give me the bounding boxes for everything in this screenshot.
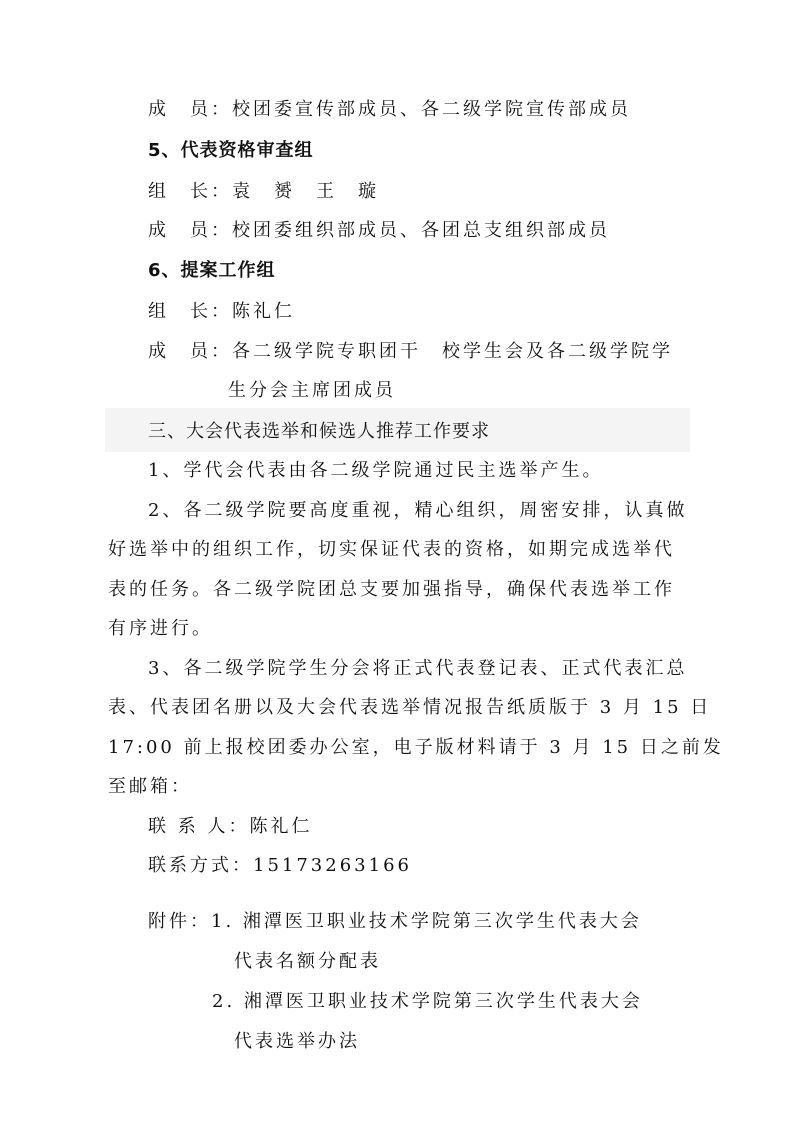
group5-members-line: 成 员：校团委组织部成员、各团总支组织部成员	[148, 219, 610, 243]
requirement-3-line-4: 至邮箱：	[108, 775, 192, 799]
attachment-2-line-1: 2. 湘潭医卫职业技术学院第三次学生代表大会	[212, 990, 643, 1014]
propaganda-members-line: 成 员：校团委宣传部成员、各二级学院宣传部成员	[148, 98, 631, 122]
contact-person: 联 系 人：陈礼仁	[148, 815, 312, 839]
group6-leader-line: 组 长：陈礼仁	[148, 300, 295, 324]
group5-title: 5、代表资格审查组	[148, 139, 314, 163]
attachment-1-line-2: 代表名额分配表	[234, 950, 381, 974]
requirement-3-line-3: 17:00 前上报校团委办公室，电子版材料请于 3 月 15 日之前发	[108, 736, 724, 760]
group5-leader-line: 组 长：袁 赟 王 璇	[148, 180, 379, 204]
attachment-1-line-1: 附件：1. 湘潭医卫职业技术学院第三次学生代表大会	[148, 910, 642, 934]
requirement-3-line-1: 3、各二级学院学生分会将正式代表登记表、正式代表汇总	[148, 657, 687, 681]
requirement-2-line-2: 好选举中的组织工作，切实保证代表的资格，如期完成选举代	[108, 538, 675, 562]
group6-members-line-2: 生分会主席团成员	[228, 379, 396, 403]
section3-heading: 三、大会代表选举和候选人推荐工作要求	[148, 420, 490, 444]
group6-title: 6、提案工作组	[148, 259, 276, 283]
contact-phone: 联系方式：15173263166	[148, 854, 412, 878]
requirement-2-line-4: 有序进行。	[108, 617, 213, 641]
requirement-2-line-1: 2、各二级学院要高度重视，精心组织，周密安排，认真做	[148, 499, 687, 523]
requirement-1: 1、学代会代表由各二级学院通过民主选举产生。	[148, 459, 603, 483]
requirement-3-line-2: 表、代表团名册以及大会代表选举情况报告纸质版于 3 月 15 日	[108, 696, 711, 720]
requirement-2-line-3: 表的任务。各二级学院团总支要加强指导，确保代表选举工作	[108, 578, 675, 602]
group6-members-line-1: 成 员：各二级学院专职团干 校学生会及各二级学院学	[148, 340, 673, 364]
attachment-2-line-2: 代表选举办法	[234, 1030, 360, 1054]
